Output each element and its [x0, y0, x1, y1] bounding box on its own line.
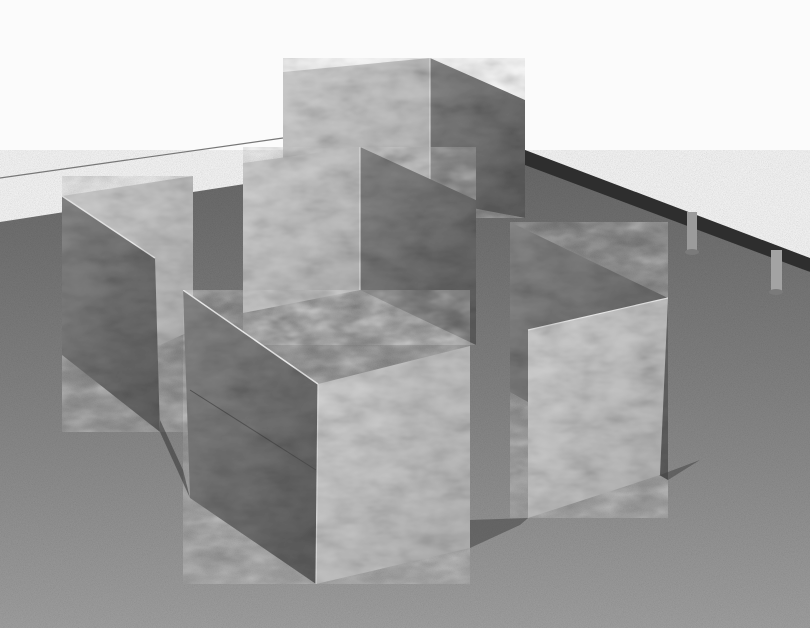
- sculpture-photograph: Black-and-white photograph of five folde…: [0, 0, 810, 628]
- photo-canvas: [0, 0, 810, 628]
